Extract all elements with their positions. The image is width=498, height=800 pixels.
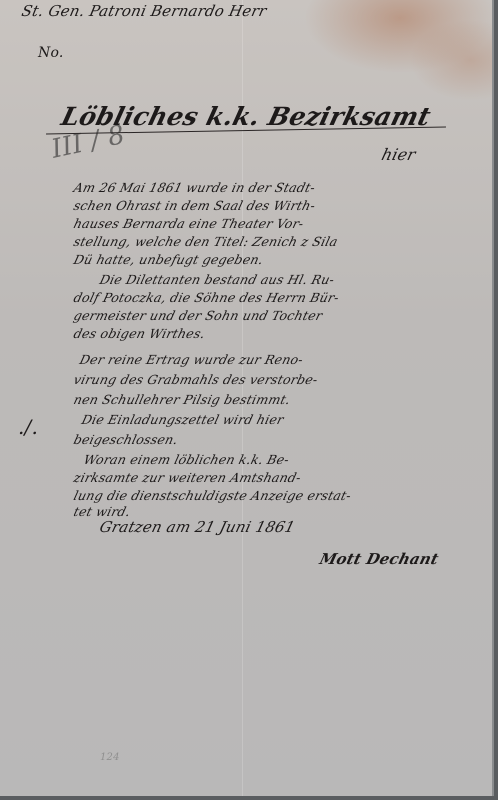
body-line: lung die dienstschuldigste Anzeige ersta… <box>72 488 353 503</box>
body-line: zirksamte zur weiteren Amtshand- <box>72 470 303 485</box>
pencil-note: 124 <box>100 752 120 763</box>
date-line: Gratzen am 21 Juni 1861 <box>98 518 297 536</box>
body-line: nen Schullehrer Pilsig bestimmt. <box>72 392 292 407</box>
body-line: beigeschlossen. <box>72 432 180 447</box>
body-line: Die Einladungszettel wird hier <box>80 412 285 427</box>
signature: Mott Dechant <box>318 550 441 568</box>
margin-annotation: ./. <box>18 415 38 439</box>
body-line: tet wird. <box>72 504 132 519</box>
body-line: germeister und der Sohn und Tochter <box>72 308 324 323</box>
body-line: stellung, welche den Titel: Zenich z Sil… <box>72 234 339 249</box>
body-line: virung des Grabmahls des verstorbe- <box>72 372 319 387</box>
body-line: Am 26 Mai 1861 wurde in der Stadt- <box>72 180 317 195</box>
document-page: St. Gen. Patroni Bernardo Herr No. III /… <box>0 0 494 796</box>
header-line: St. Gen. Patroni Bernardo Herr <box>20 2 268 20</box>
body-line: Der reine Ertrag wurde zur Reno- <box>78 352 305 367</box>
body-line: Dü hatte, unbefugt gegeben. <box>72 252 265 267</box>
body-line: hauses Bernarda eine Theater Vor- <box>72 216 305 231</box>
body-line: Die Dilettanten bestand aus Hl. Ru- <box>98 272 336 287</box>
body-line: schen Ohrast in dem Saal des Wirth- <box>72 198 317 213</box>
place-line: hier <box>380 145 418 164</box>
number-label: No. <box>38 45 63 61</box>
body-line: des obigen Wirthes. <box>72 326 207 341</box>
body-line: Woran einem löblichen k.k. Be- <box>82 452 291 467</box>
addressee-heading: Löbliches k.k. Bezirksamt <box>58 102 433 131</box>
body-line: dolf Potoczka, die Söhne des Herrn Bür- <box>72 290 341 305</box>
